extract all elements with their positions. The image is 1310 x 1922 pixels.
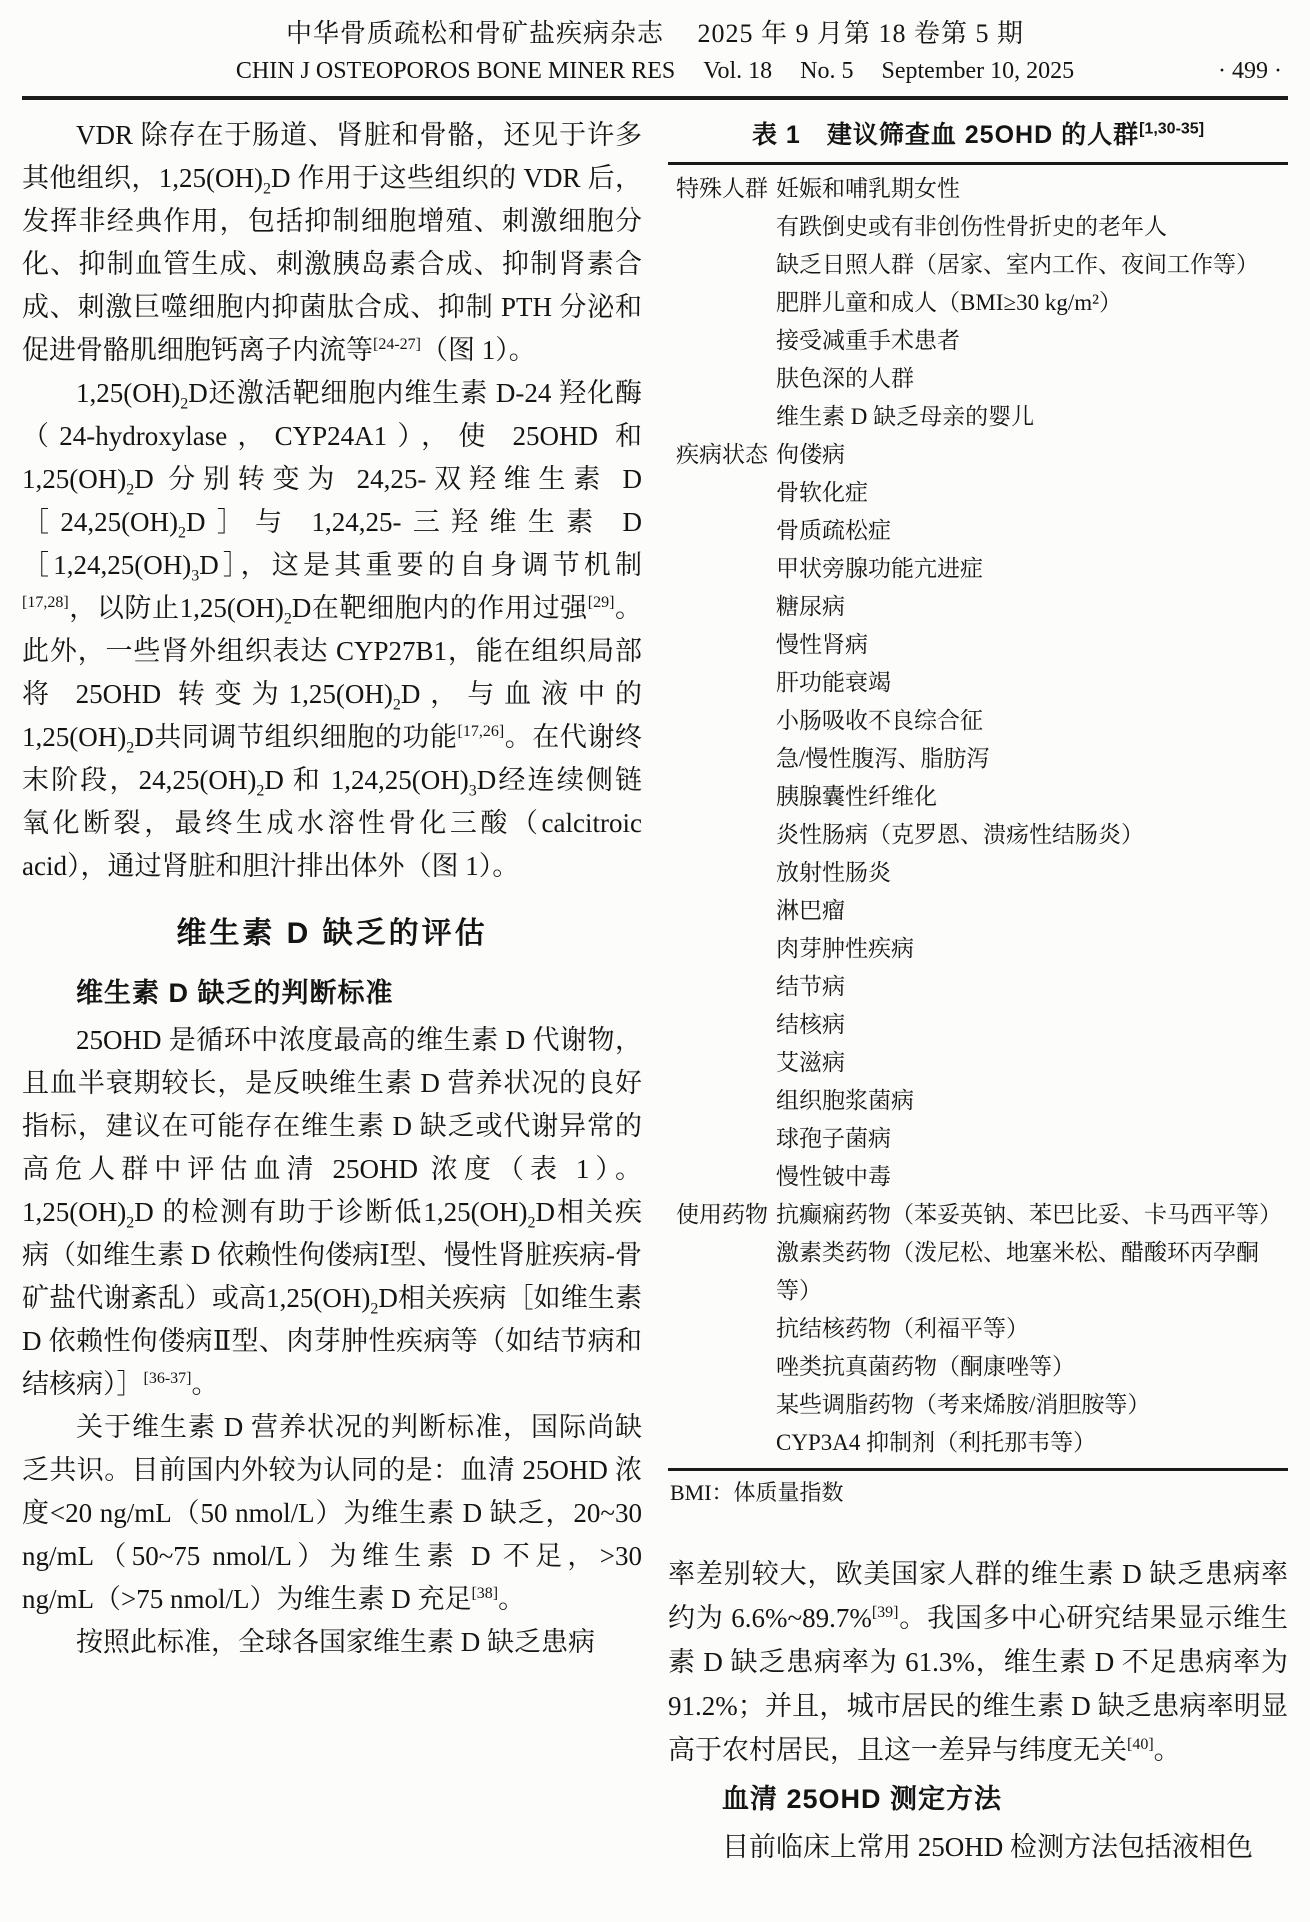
left-column: VDR 除存在于肠道、肾脏和骨骼，还见于许多其他组织，1,25(OH)2D 作用… [22,114,642,1869]
issue-number-label: No. 5 [800,58,853,84]
table-row: 骨质疏松症 [668,512,1288,550]
table-category-cell [668,208,776,246]
table-category-cell [668,474,776,512]
table-item-cell: 胰腺囊性纤维化 [776,778,1288,816]
subsection-heading-measurement: 血清 25OHD 测定方法 [668,1778,1288,1821]
table-row: 放射性肠炎 [668,854,1288,892]
paragraph-measurement-start: 目前临床上常用 25OHD 检测方法包括液相色 [668,1825,1288,1869]
table-row: 慢性肾病 [668,626,1288,664]
table-item-cell: 接受减重手术患者 [776,322,1288,360]
table-category-cell [668,1424,776,1462]
screening-table-body: 特殊人群妊娠和哺乳期女性有跌倒史或有非创伤性骨折史的老年人缺乏日照人群（居家、室… [668,170,1288,1462]
table-item-cell: 球孢子菌病 [776,1120,1288,1158]
table-row: 甲状旁腺功能亢进症 [668,550,1288,588]
journal-header-cn: 中华骨质疏松和骨矿盐疾病杂志 2025 年 9 月第 18 卷第 5 期 [22,16,1288,52]
table-item-cell: 佝偻病 [776,436,1288,474]
table-row: 肉芽肿性疾病 [668,930,1288,968]
table-row: CYP3A4 抑制剂（利托那韦等） [668,1424,1288,1462]
table-category-cell: 疾病状态 [668,436,776,474]
table-row: 组织胞浆菌病 [668,1082,1288,1120]
table-row: 慢性铍中毒 [668,1158,1288,1196]
journal-header-en: CHIN J OSTEOPOROS BONE MINER RES Vol. 18… [22,54,1288,88]
table-row: 急/慢性腹泻、脂肪泻 [668,740,1288,778]
table-row: 肥胖儿童和成人（BMI≥30 kg/m²） [668,284,1288,322]
table-category-cell [668,1158,776,1196]
table-category-cell [668,626,776,664]
table-row: 使用药物抗癫痫药物（苯妥英钠、苯巴比妥、卡马西平等） [668,1196,1288,1234]
table-row: 缺乏日照人群（居家、室内工作、夜间工作等） [668,246,1288,284]
table-row: 淋巴瘤 [668,892,1288,930]
table-item-cell: 放射性肠炎 [776,854,1288,892]
paragraph-thresholds: 关于维生素 D 营养状况的判断标准，国际尚缺乏共识。目前国内外较为认同的是：血清… [22,1406,642,1621]
table-row: 疾病状态佝偻病 [668,436,1288,474]
section-heading-evaluation: 维生素 D 缺乏的评估 [22,914,642,954]
table-category-cell [668,664,776,702]
page-header: 中华骨质疏松和骨矿盐疾病杂志 2025 年 9 月第 18 卷第 5 期 CHI… [22,16,1288,88]
table-category-cell [668,512,776,550]
table-row: 肤色深的人群 [668,360,1288,398]
table-item-cell: 某些调脂药物（考来烯胺/消胆胺等） [776,1386,1288,1424]
table-category-cell [668,968,776,1006]
paragraph-cyp24a1: 1,25(OH)2D还激活靶细胞内维生素 D-24 羟化酶（24-hydroxy… [22,372,642,888]
table-category-cell: 特殊人群 [668,170,776,208]
table-row: 结节病 [668,968,1288,1006]
table-category-cell [668,778,776,816]
table-row: 维生素 D 缺乏母亲的婴儿 [668,398,1288,436]
table-category-cell [668,702,776,740]
table-category-cell [668,1082,776,1120]
table-row: 球孢子菌病 [668,1120,1288,1158]
table-category-cell [668,398,776,436]
table-item-cell: 组织胞浆菌病 [776,1082,1288,1120]
paragraph-prevalence-continued: 率差别较大，欧美国家人群的维生素 D 缺乏患病率约为 6.6%~89.7%[39… [668,1552,1288,1772]
table-row: 唑类抗真菌药物（酮康唑等） [668,1348,1288,1386]
table-row: 接受减重手术患者 [668,322,1288,360]
table-category-cell [668,550,776,588]
table-item-cell: 抗结核药物（利福平等） [776,1310,1288,1348]
table-item-cell: 急/慢性腹泻、脂肪泻 [776,740,1288,778]
table-row: 炎性肠病（克罗恩、溃疡性结肠炎） [668,816,1288,854]
table-title: 表 1 建议筛查血 25OHD 的人群[1,30-35] [668,116,1288,154]
table-row: 结核病 [668,1006,1288,1044]
table-item-cell: 妊娠和哺乳期女性 [776,170,1288,208]
table-category-cell [668,1348,776,1386]
table-row: 艾滋病 [668,1044,1288,1082]
paragraph-vdr-nonclassic: VDR 除存在于肠道、肾脏和骨骼，还见于许多其他组织，1,25(OH)2D 作用… [22,114,642,372]
table-category-cell [668,930,776,968]
table-footnote: BMI：体质量指数 [668,1476,1288,1510]
table-item-cell: 肤色深的人群 [776,360,1288,398]
table-category-cell [668,892,776,930]
issue-date: September 10, 2025 [882,58,1075,84]
table-category-cell [668,284,776,322]
issue-info-cn: 2025 年 9 月第 18 卷第 5 期 [698,19,1025,48]
volume-label: Vol. 18 [703,58,772,84]
journal-page: 中华骨质疏松和骨矿盐疾病杂志 2025 年 9 月第 18 卷第 5 期 CHI… [0,0,1310,1922]
table-row: 某些调脂药物（考来烯胺/消胆胺等） [668,1386,1288,1424]
table-item-cell: 有跌倒史或有非创伤性骨折史的老年人 [776,208,1288,246]
page-number: · 499 · [1218,54,1282,88]
table-item-cell: 小肠吸收不良综合征 [776,702,1288,740]
table-row: 特殊人群妊娠和哺乳期女性 [668,170,1288,208]
table-item-cell: 缺乏日照人群（居家、室内工作、夜间工作等） [776,246,1288,284]
table-category-cell [668,854,776,892]
table-category-cell: 使用药物 [668,1196,776,1234]
table-item-cell: 结核病 [776,1006,1288,1044]
table-item-cell: 结节病 [776,968,1288,1006]
table-row: 有跌倒史或有非创伤性骨折史的老年人 [668,208,1288,246]
table-item-cell: 肉芽肿性疾病 [776,930,1288,968]
table-category-cell [668,1120,776,1158]
table-item-cell: 肥胖儿童和成人（BMI≥30 kg/m²） [776,284,1288,322]
journal-name-en: CHIN J OSTEOPOROS BONE MINER RES [236,58,675,84]
table-item-cell: 艾滋病 [776,1044,1288,1082]
screening-table: 特殊人群妊娠和哺乳期女性有跌倒史或有非创伤性骨折史的老年人缺乏日照人群（居家、室… [668,162,1288,1471]
table-category-cell [668,1234,776,1310]
table-category-cell [668,1044,776,1082]
table-category-cell [668,246,776,284]
table-item-cell: 慢性肾病 [776,626,1288,664]
two-column-body: VDR 除存在于肠道、肾脏和骨骼，还见于许多其他组织，1,25(OH)2D 作用… [22,114,1288,1869]
table-item-cell: 肝功能衰竭 [776,664,1288,702]
table-item-cell: 维生素 D 缺乏母亲的婴儿 [776,398,1288,436]
table-item-cell: 炎性肠病（克罗恩、溃疡性结肠炎） [776,816,1288,854]
table-row: 胰腺囊性纤维化 [668,778,1288,816]
table-category-cell [668,1386,776,1424]
table-item-cell: 甲状旁腺功能亢进症 [776,550,1288,588]
header-divider-rule [22,96,1288,100]
table-row: 抗结核药物（利福平等） [668,1310,1288,1348]
paragraph-global-prevalence-start: 按照此标准，全球各国家维生素 D 缺乏患病 [22,1621,642,1664]
table-row: 骨软化症 [668,474,1288,512]
table-row: 肝功能衰竭 [668,664,1288,702]
table-item-cell: 唑类抗真菌药物（酮康唑等） [776,1348,1288,1386]
journal-name-cn: 中华骨质疏松和骨矿盐疾病杂志 [286,19,664,48]
table-category-cell [668,816,776,854]
table-item-cell: CYP3A4 抑制剂（利托那韦等） [776,1424,1288,1462]
table-category-cell [668,588,776,626]
table-category-cell [668,1310,776,1348]
table-item-cell: 淋巴瘤 [776,892,1288,930]
table-category-cell [668,1006,776,1044]
table-item-cell: 抗癫痫药物（苯妥英钠、苯巴比妥、卡马西平等） [776,1196,1288,1234]
table-row: 激素类药物（泼尼松、地塞米松、醋酸环丙孕酮等） [668,1234,1288,1310]
right-column: 表 1 建议筛查血 25OHD 的人群[1,30-35] 特殊人群妊娠和哺乳期女… [668,114,1288,1869]
subsection-heading-criteria: 维生素 D 缺乏的判断标准 [22,972,642,1015]
table-item-cell: 骨质疏松症 [776,512,1288,550]
table-category-cell [668,322,776,360]
table-row: 糖尿病 [668,588,1288,626]
table-row: 小肠吸收不良综合征 [668,702,1288,740]
table-item-cell: 慢性铍中毒 [776,1158,1288,1196]
table-category-cell [668,740,776,778]
table-item-cell: 糖尿病 [776,588,1288,626]
paragraph-25ohd-indicator: 25OHD 是循环中浓度最高的维生素 D 代谢物，且血半衰期较长，是反映维生素 … [22,1019,642,1406]
table-category-cell [668,360,776,398]
table-item-cell: 骨软化症 [776,474,1288,512]
table-item-cell: 激素类药物（泼尼松、地塞米松、醋酸环丙孕酮等） [776,1234,1288,1310]
